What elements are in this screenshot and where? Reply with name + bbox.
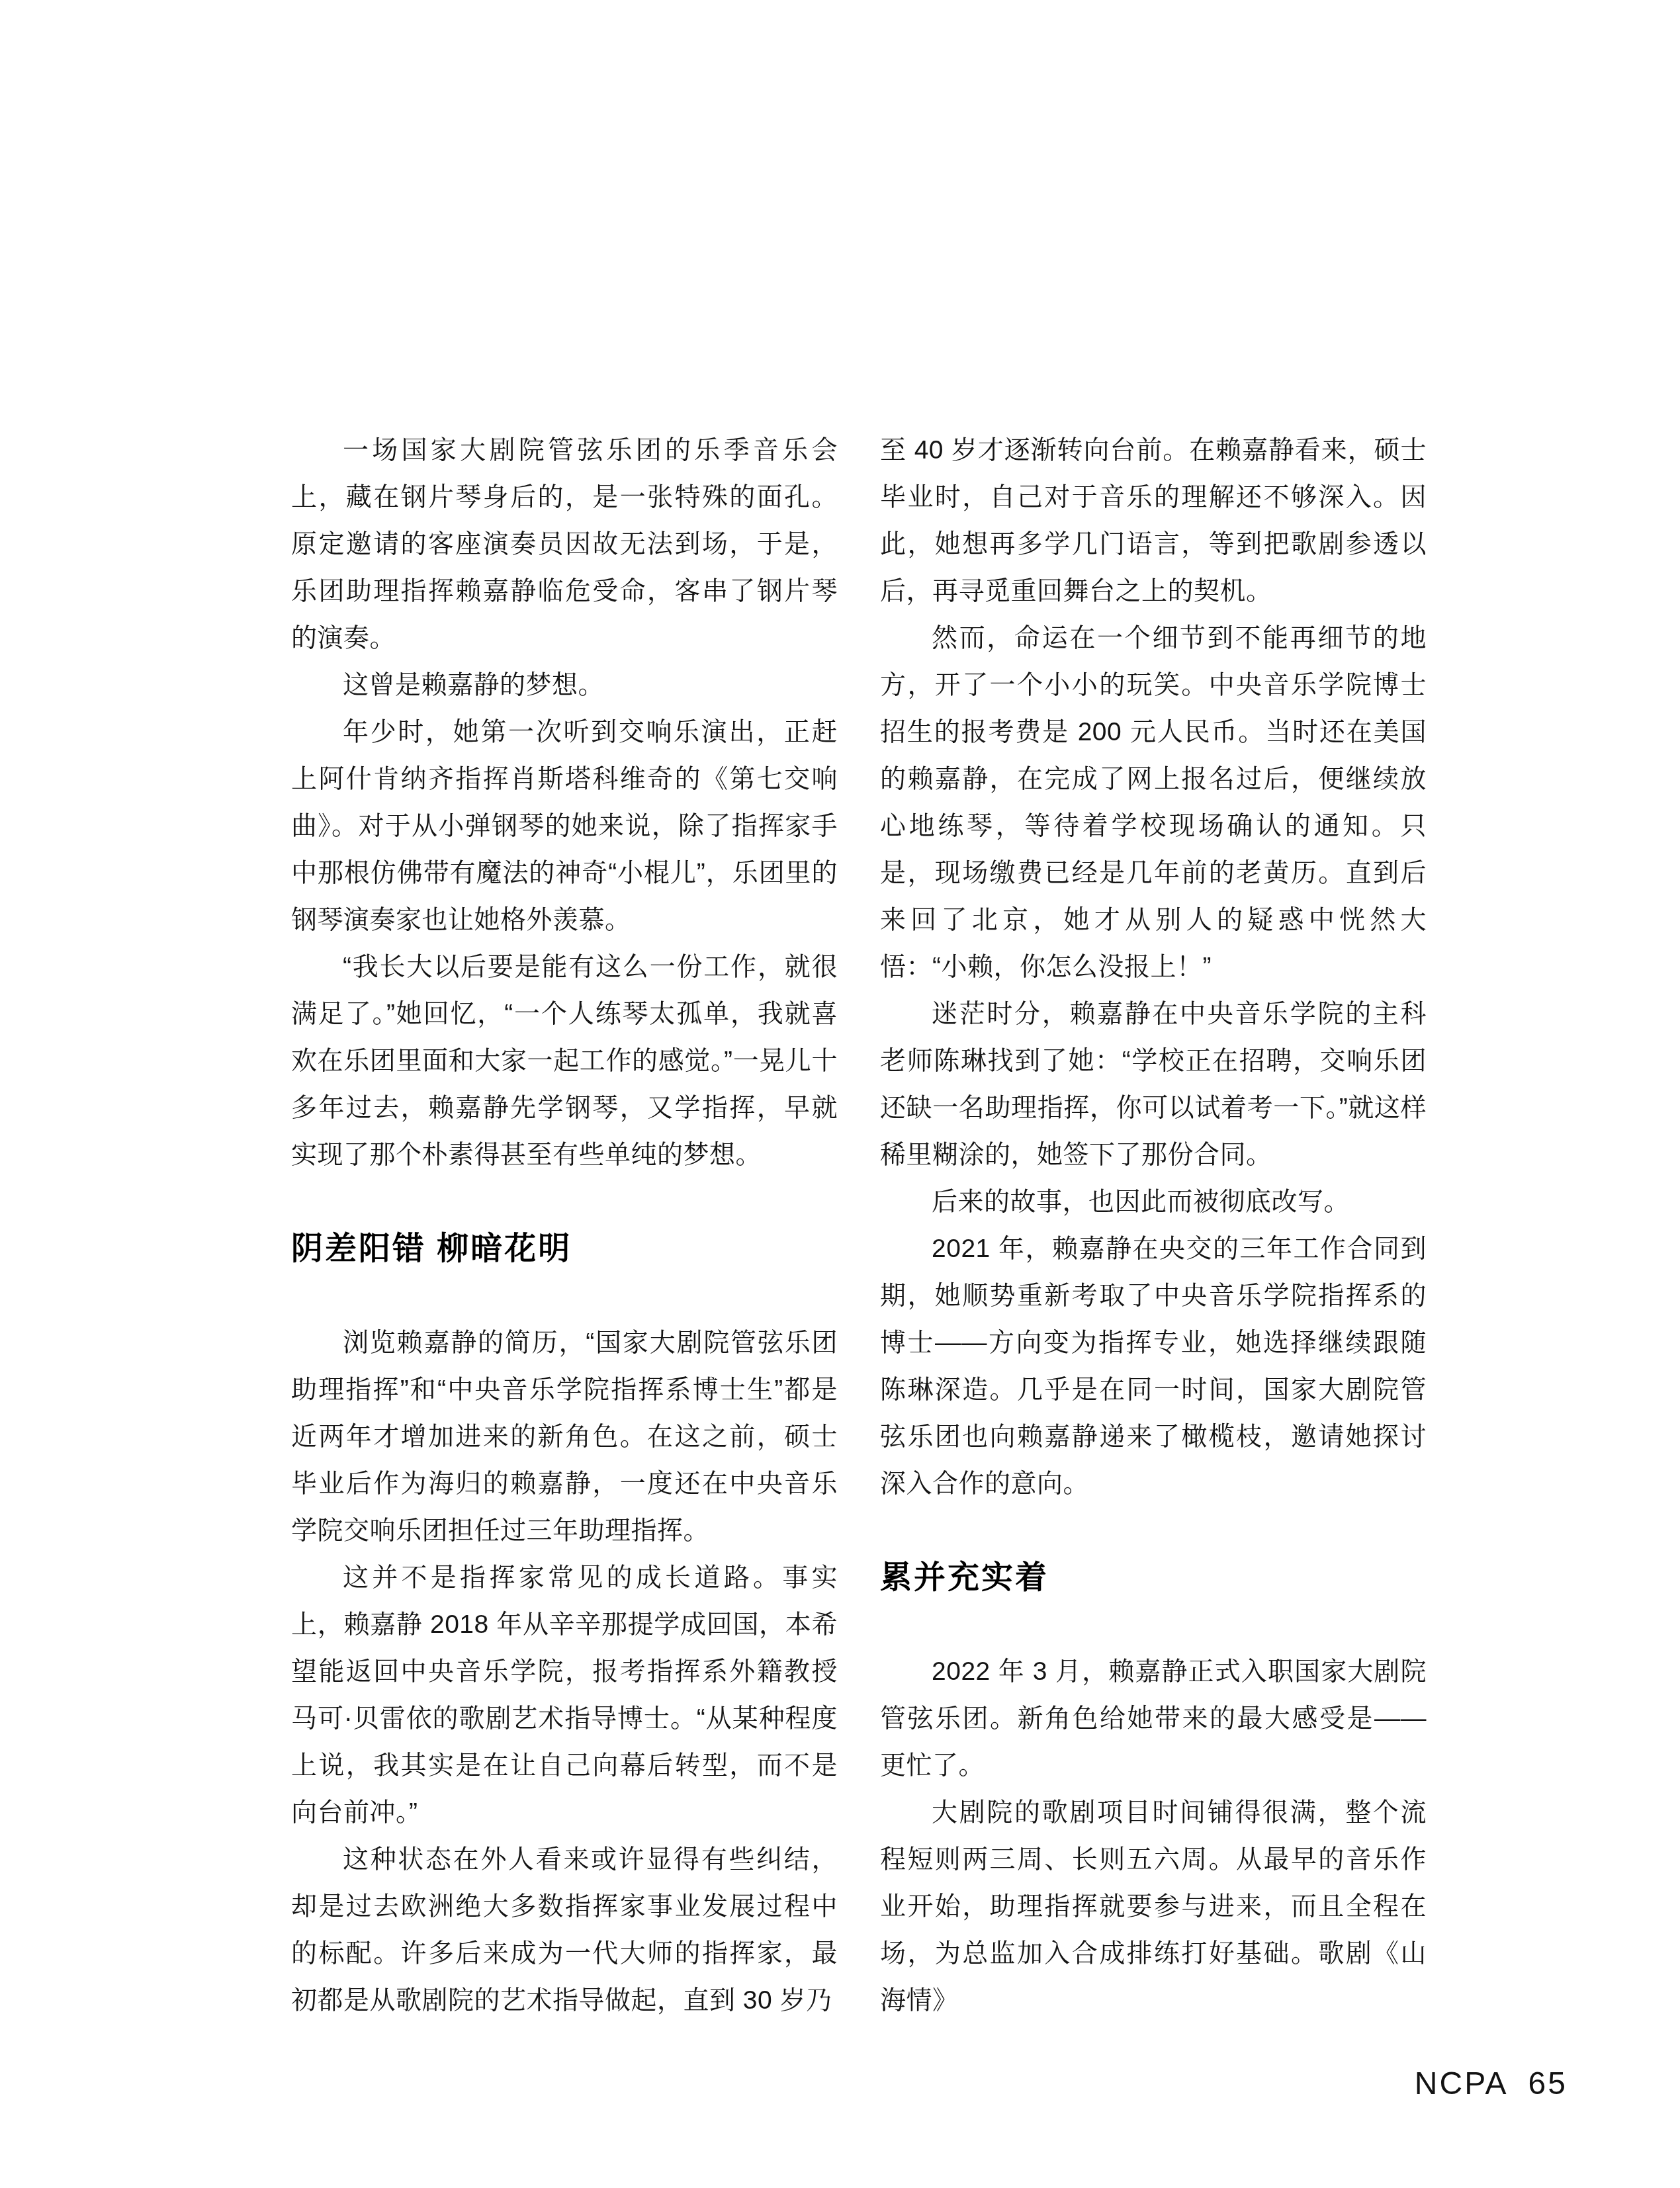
page-footer: NCPA65 — [1415, 2067, 1568, 2101]
paragraph: 这并不是指挥家常见的成长道路。事实上，赖嘉静 2018 年从辛辛那提学成回国，本… — [291, 1554, 838, 1836]
paragraph: 然而，命运在一个细节到不能再细节的地方，开了一个小小的玩笑。中央音乐学院博士招生… — [880, 615, 1427, 990]
paragraph: 2021 年，赖嘉静在央交的三年工作合同到期，她顺势重新考取了中央音乐学院指挥系… — [880, 1225, 1427, 1507]
paragraph: 这种状态在外人看来或许显得有些纠结，却是过去欧洲绝大多数指挥家事业发展过程中的标… — [291, 1836, 838, 2024]
paragraph: 一场国家大剧院管弦乐团的乐季音乐会上，藏在钢片琴身后的，是一张特殊的面孔。原定邀… — [291, 427, 838, 662]
paragraph: 浏览赖嘉静的简历，“国家大剧院管弦乐团助理指挥”和“中央音乐学院指挥系博士生”都… — [291, 1319, 838, 1554]
magazine-page: 一场国家大剧院管弦乐团的乐季音乐会上，藏在钢片琴身后的，是一张特殊的面孔。原定邀… — [0, 0, 1680, 2188]
paragraph: 年少时，她第一次听到交响乐演出，正赶上阿什肯纳齐指挥肖斯塔科维奇的《第七交响曲》… — [291, 709, 838, 943]
paragraph: 2022 年 3 月，赖嘉静正式入职国家大剧院管弦乐团。新角色给她带来的最大感受… — [880, 1648, 1427, 1789]
paragraph: 这曾是赖嘉静的梦想。 — [291, 662, 838, 709]
paragraph-continuation: 至 40 岁才逐渐转向台前。在赖嘉静看来，硕士毕业时，自己对于音乐的理解还不够深… — [880, 427, 1427, 615]
paragraph: 大剧院的歌剧项目时间铺得很满，整个流程短则两三周、长则五六周。从最早的音乐作业开… — [880, 1789, 1427, 2024]
magazine-brand: NCPA — [1415, 2066, 1509, 2101]
article-column-right: 至 40 岁才逐渐转向台前。在赖嘉静看来，硕士毕业时，自己对于音乐的理解还不够深… — [880, 427, 1427, 2024]
paragraph: 后来的故事，也因此而被彻底改写。 — [880, 1178, 1427, 1225]
article-column-left: 一场国家大剧院管弦乐团的乐季音乐会上，藏在钢片琴身后的，是一张特殊的面孔。原定邀… — [291, 427, 838, 2024]
section-heading: 阴差阳错 柳暗花明 — [291, 1225, 838, 1272]
page-number: 65 — [1528, 2066, 1568, 2101]
paragraph: “我长大以后要是能有这么一份工作，就很满足了。”她回忆，“一个人练琴太孤单，我就… — [291, 943, 838, 1178]
paragraph: 迷茫时分，赖嘉静在中央音乐学院的主科老师陈琳找到了她：“学校正在招聘，交响乐团还… — [880, 990, 1427, 1178]
section-heading: 累并充实着 — [880, 1554, 1427, 1601]
